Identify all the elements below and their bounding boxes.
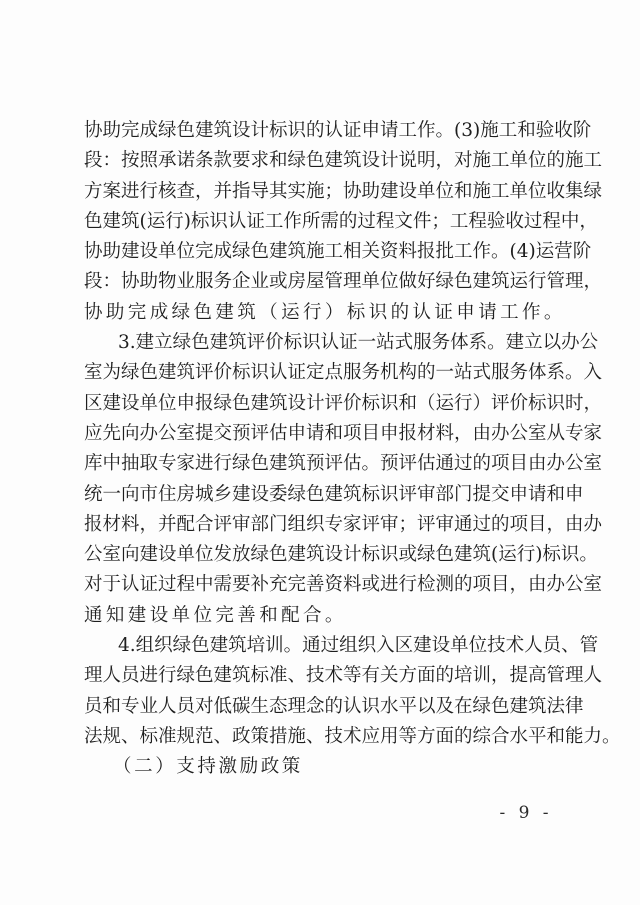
text-line: 通知建设单位完善和配合。: [84, 601, 558, 631]
text-line: 员和专业人员对低碳生态理念的认识水平以及在绿色建筑法律: [84, 692, 558, 722]
text-line: 法规、标准规范、政策措施、技术应用等方面的综合水平和能力。: [84, 722, 558, 752]
text-line: 报材料，并配合评审部门组织专家评审；评审通过的项目，由办: [84, 510, 558, 540]
text-line: 方案进行核查，并指导其实施；协助建设单位和施工单位收集绿: [84, 177, 558, 207]
text-line: 段：协助物业服务企业或房屋管理单位做好绿色建筑运行管理，: [84, 267, 558, 297]
text-line: 协助建设单位完成绿色建筑施工相关资料报批工作。(4)运营阶: [84, 237, 558, 267]
text-line: 室为绿色建筑评价标识认证定点服务机构的一站式服务体系。入: [84, 358, 558, 388]
text-line: 库中抽取专家进行绿色建筑预评估。预评估通过的项目由办公室: [84, 449, 558, 479]
text-line: 色建筑(运行)标识认证工作所需的过程文件；工程验收过程中，: [84, 207, 558, 237]
paragraph-3-first-line: 3.建立绿色建筑评价标识认证一站式服务体系。建立以办公: [84, 328, 558, 358]
text-line: 统一向市住房城乡建设委绿色建筑标识评审部门提交申请和申: [84, 480, 558, 510]
paragraph-4-first-line: 4.组织绿色建筑培训。通过组织入区建设单位技术人员、管: [84, 631, 558, 661]
text-line: 区建设单位申报绿色建筑设计评价标识和（运行）评价标识时，: [84, 389, 558, 419]
text-line: 理人员进行绿色建筑标准、技术等有关方面的培训，提高管理人: [84, 661, 558, 691]
section-heading: （二）支持激励政策: [84, 752, 558, 782]
text-line: 公室向建设单位发放绿色建筑设计标识或绿色建筑(运行)标识。: [84, 540, 558, 570]
text-line: 对于认证过程中需要补充完善资料或进行检测的项目，由办公室: [84, 570, 558, 600]
text-line: 协助完成绿色建筑（运行）标识的认证申请工作。: [84, 298, 558, 328]
body-text: 协助完成绿色建筑设计标识的认证申请工作。(3)施工和验收阶 段：按照承诺条款要求…: [84, 116, 558, 783]
text-line: 段：按照承诺条款要求和绿色建筑设计说明，对施工单位的施工: [84, 146, 558, 176]
text-line: 协助完成绿色建筑设计标识的认证申请工作。(3)施工和验收阶: [84, 116, 558, 146]
text-line: 应先向办公室提交预评估申请和项目申报材料，由办公室从专家: [84, 419, 558, 449]
document-page: 协助完成绿色建筑设计标识的认证申请工作。(3)施工和验收阶 段：按照承诺条款要求…: [0, 0, 640, 905]
page-number: - 9 -: [496, 803, 556, 823]
